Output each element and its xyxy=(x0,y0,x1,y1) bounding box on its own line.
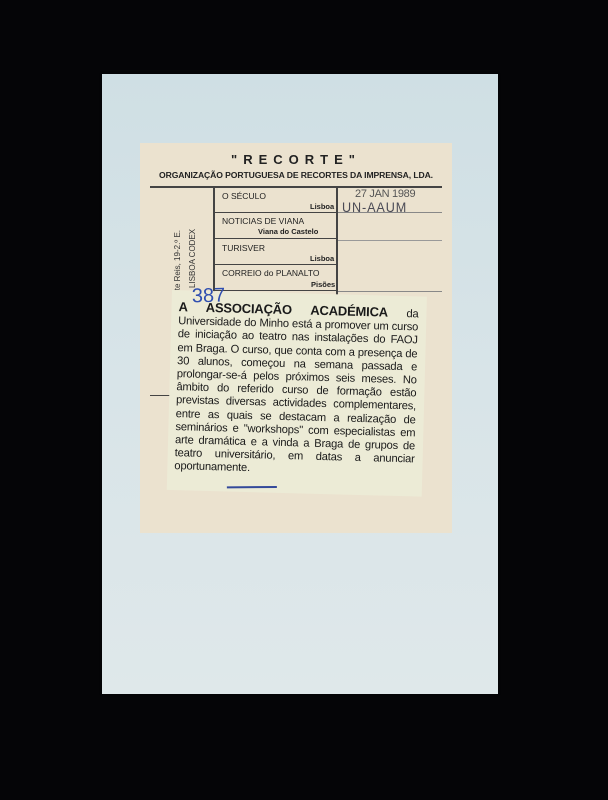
newspaper-clipping: 387 A ASSOCIAÇÃO ACADÉMICA da Universida… xyxy=(167,290,427,497)
row-rule xyxy=(214,264,336,265)
publication-city: Lisboa xyxy=(310,254,334,263)
publication-city: Viana do Castelo xyxy=(258,227,318,236)
pen-underline xyxy=(227,486,277,488)
clipping-body: da Universidade do Minho está a promover… xyxy=(174,308,418,474)
row-rule xyxy=(214,212,336,213)
publication-city: Pisões xyxy=(311,280,335,289)
row-rule xyxy=(338,291,442,292)
publication-name: TURISVER xyxy=(222,243,265,253)
publication-name: CORREIO do PLANALTO xyxy=(222,268,319,278)
publication-name: O SÉCULO xyxy=(222,191,266,201)
publication-city: Lisboa xyxy=(310,202,334,211)
publication-name: NOTICIAS DE VIANA xyxy=(222,216,304,226)
address-line-2: LISBOA CODEX xyxy=(188,229,197,288)
column-divider-right xyxy=(336,186,338,296)
row-rule xyxy=(214,238,336,239)
clipping-text: A ASSOCIAÇÃO ACADÉMICA da Universidade d… xyxy=(174,300,418,480)
form-subtitle: ORGANIZAÇÃO PORTUGUESA DE RECORTES DA IM… xyxy=(140,170,452,180)
row-rule xyxy=(338,240,442,241)
form-title: "RECORTE" xyxy=(140,152,452,167)
client-code-stamp: UN-AAUM xyxy=(342,199,407,215)
column-divider-left xyxy=(213,186,215,296)
